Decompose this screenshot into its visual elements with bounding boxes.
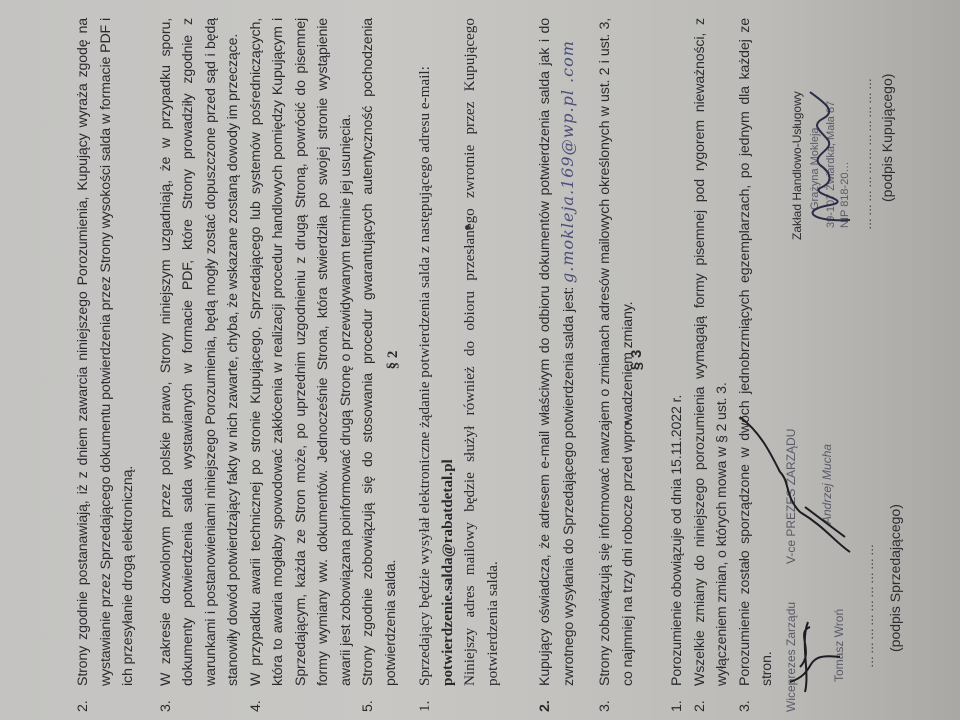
section1-item-4: 4. W przypadku awarii technicznej po str… <box>245 0 358 720</box>
section2: 1. Sprzedający będzie wysyłał elektronic… <box>414 0 639 720</box>
handwritten-buyer-email: g.mokleja.169@wp.pl .com <box>558 40 577 283</box>
buyer-signature-block: Zakład Handlowo-Usługowy Grażyna Mokleja… <box>790 10 950 250</box>
document-page: 2. Strony zgodnie postanawiają, iż z dni… <box>0 0 960 720</box>
speck <box>465 225 470 230</box>
speck <box>625 421 629 425</box>
section1: 2. Strony zgodnie postanawiają, iż z dni… <box>72 0 402 720</box>
seller-email: potwierdzenie.salda@rabatdetal.pl <box>439 459 456 686</box>
seller-signature-block: Wiceprezes Zarządu Tomasz Wroń V-ce PREZ… <box>780 412 940 712</box>
seller-signature-scribble <box>780 412 880 712</box>
section1-item-2: 2. Strony zgodnie postanawiają, iż z dni… <box>72 0 140 720</box>
section2-item-2: 2. Kupujący oświadcza, że adresem e-mail… <box>534 0 580 720</box>
section3-heading: § 3 <box>626 0 649 720</box>
section3: 1. Porozumienie obowiązuje od dnia 15.11… <box>666 0 779 720</box>
section2-item-1: 1. Sprzedający będzie wysyłał elektronic… <box>414 0 504 720</box>
seller-signature-label: (podpis Sprzedającego) <box>884 504 907 652</box>
section3-item-3: 3. Porozumienie zostało sporządzone w dw… <box>734 0 779 720</box>
document-photo: 2. Strony zgodnie postanawiają, iż z dni… <box>0 0 960 720</box>
section3-item-1: 1. Porozumienie obowiązuje od dnia 15.11… <box>666 0 689 720</box>
section2-heading: § 2 <box>382 0 405 720</box>
section3-item-2: 2. Wszelkie zmiany do niniejszego porozu… <box>689 0 734 720</box>
section1-item-3: 3. W zakresie dozwolonym przez polskie p… <box>155 0 245 720</box>
buyer-signature-scribble <box>790 10 890 250</box>
